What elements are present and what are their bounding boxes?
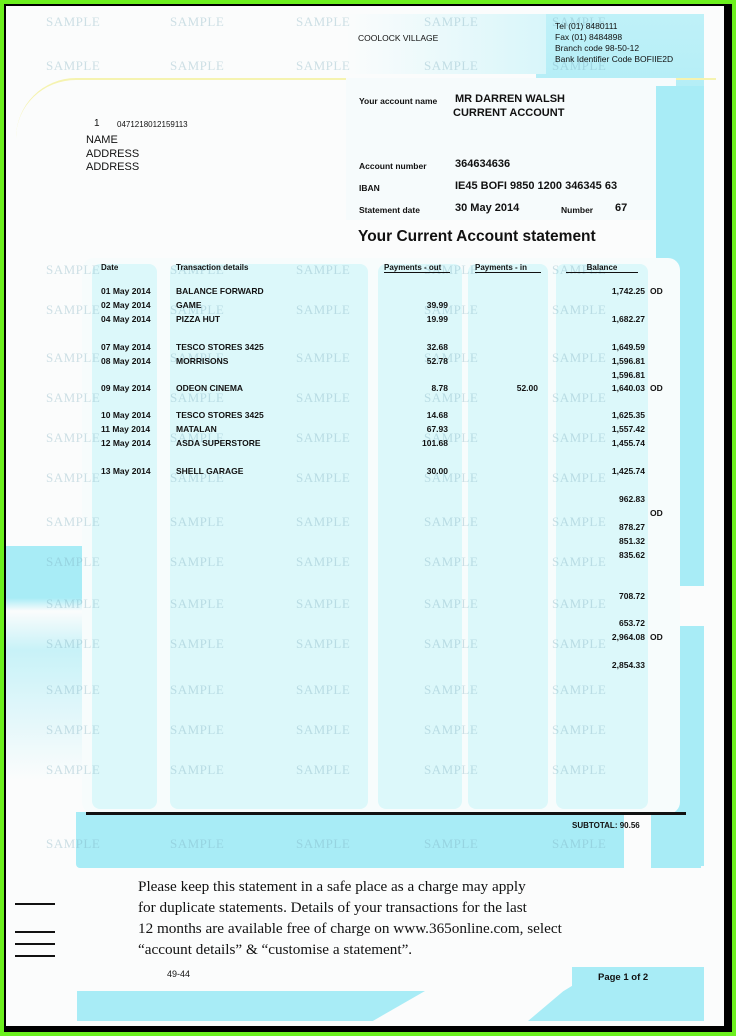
bottom-right-cyan: [651, 812, 701, 868]
sample-watermark: SAMPLE: [46, 14, 100, 30]
recipient-address-1: ADDRESS: [86, 148, 139, 162]
row-date: 11 May 2014: [101, 424, 150, 434]
row-details: TESCO STORES 3425: [176, 342, 264, 352]
header-details: Transaction details: [176, 263, 248, 272]
notice-line-3: 12 months are available free of charge o…: [138, 918, 562, 939]
subtotal: SUBTOTAL: 90.56: [572, 821, 640, 830]
row-balance: 878.27: [575, 522, 645, 532]
statement-number-label: Number: [561, 205, 593, 215]
row-payment-out: 52.78: [378, 356, 448, 366]
notice-line-4: “account details” & “customise a stateme…: [138, 939, 562, 960]
row-date: 07 May 2014: [101, 342, 151, 352]
notice-line-1: Please keep this statement in a safe pla…: [138, 876, 562, 897]
account-type-value: CURRENT ACCOUNT: [453, 107, 564, 119]
recipient-seq: 1: [94, 118, 100, 129]
page-indicator: Page 1 of 2: [598, 972, 648, 983]
statement-page: SAMPLESAMPLESAMPLESAMPLESAMPLESAMPLESAMP…: [6, 6, 724, 1026]
row-date: 12 May 2014: [101, 438, 151, 448]
statement-date-value: 30 May 2014: [455, 202, 519, 214]
row-date: 13 May 2014: [101, 466, 151, 476]
sample-watermark: SAMPLE: [296, 14, 350, 30]
row-date: 02 May 2014: [101, 300, 151, 310]
row-balance: 1,625.35: [575, 410, 645, 420]
row-od-flag: OD: [650, 383, 663, 393]
branch-tel: Tel (01) 8480111: [555, 21, 673, 32]
fold-mark: [15, 955, 55, 957]
row-balance: 1,455.74: [575, 438, 645, 448]
row-balance: 708.72: [575, 591, 645, 601]
sample-watermark: SAMPLE: [170, 58, 224, 74]
account-number-label: Account number: [359, 161, 427, 171]
sample-watermark: SAMPLE: [170, 14, 224, 30]
row-balance: 962.83: [575, 494, 645, 504]
footer-code: 49-44: [167, 969, 190, 979]
recipient-address: NAME ADDRESS ADDRESS: [86, 134, 139, 175]
row-od-flag: OD: [650, 508, 663, 518]
header-gradient: [346, 14, 546, 74]
fold-mark: [15, 931, 55, 933]
row-payment-out: 14.68: [378, 410, 448, 420]
branch-fax: Fax (01) 8484898: [555, 32, 673, 43]
sample-watermark: SAMPLE: [46, 58, 100, 74]
fold-mark: [15, 943, 55, 945]
row-balance: 1,425.74: [575, 466, 645, 476]
branch-code: Branch code 98-50-12: [555, 43, 673, 54]
recipient-ref: 0471218012159113: [117, 120, 188, 129]
row-date: 10 May 2014: [101, 410, 151, 420]
branch-contact: Tel (01) 8480111 Fax (01) 8484898 Branch…: [555, 21, 673, 65]
row-date: 09 May 2014: [101, 383, 151, 393]
recipient-address-2: ADDRESS: [86, 161, 139, 175]
footer-notice: Please keep this statement in a safe pla…: [138, 876, 562, 960]
row-details: MORRISONS: [176, 356, 228, 366]
account-name-label: Your account name: [359, 96, 437, 106]
row-date: 08 May 2014: [101, 356, 151, 366]
notice-line-2: for duplicate statements. Details of you…: [138, 897, 562, 918]
row-balance: 2,964.08: [575, 632, 645, 642]
statement-number-value: 67: [615, 202, 627, 214]
header-date: Date: [101, 263, 118, 272]
fold-mark: [15, 903, 55, 905]
statement-date-label: Statement date: [359, 205, 420, 215]
bottom-cyan-band: [76, 812, 624, 868]
row-payment-out: 39.99: [378, 300, 448, 310]
iban-label: IBAN: [359, 183, 380, 193]
row-balance: 653.72: [575, 618, 645, 628]
row-details: SHELL GARAGE: [176, 466, 243, 476]
header-balance: Balance: [566, 263, 638, 273]
row-payment-out: 19.99: [378, 314, 448, 324]
left-cyan-wave: [6, 546, 86, 806]
statement-title: Your Current Account statement: [358, 228, 596, 246]
header-payments-in: Payments - in: [475, 263, 541, 273]
row-balance: 1,682.27: [575, 314, 645, 324]
row-balance: 1,557.42: [575, 424, 645, 434]
row-od-flag: OD: [650, 632, 663, 642]
row-balance: 851.32: [575, 536, 645, 546]
row-balance: 1,596.81: [575, 370, 645, 380]
row-od-flag: OD: [650, 286, 663, 296]
row-date: 04 May 2014: [101, 314, 151, 324]
row-details: BALANCE FORWARD: [176, 286, 264, 296]
bottom-left-band: [77, 991, 425, 1021]
row-balance: 1,649.59: [575, 342, 645, 352]
iban-value: IE45 BOFI 9850 1200 346345 63: [455, 180, 617, 192]
row-balance: 2,854.33: [575, 660, 645, 670]
row-payment-out: 8.78: [378, 383, 448, 393]
branch-bic: Bank Identifier Code BOFIIE2D: [555, 54, 673, 65]
row-balance: 1,596.81: [575, 356, 645, 366]
row-details: TESCO STORES 3425: [176, 410, 264, 420]
row-payment-out: 32.68: [378, 342, 448, 352]
account-number-value: 364634636: [455, 158, 510, 170]
row-balance: 1,640.03: [575, 383, 645, 393]
subtotal-rule: [86, 812, 686, 815]
header-payments-out: Payments - out: [384, 263, 450, 273]
row-payment-in: 52.00: [468, 383, 538, 393]
row-payment-out: 101.68: [378, 438, 448, 448]
row-payment-out: 30.00: [378, 466, 448, 476]
row-balance: 1,742.25: [575, 286, 645, 296]
row-details: MATALAN: [176, 424, 217, 434]
col-in-bg: [468, 264, 548, 809]
row-date: 01 May 2014: [101, 286, 151, 296]
row-details: ODEON CINEMA: [176, 383, 243, 393]
account-name-value: MR DARREN WALSH: [455, 93, 565, 105]
row-balance: 835.62: [575, 550, 645, 560]
row-details: PIZZA HUT: [176, 314, 220, 324]
row-payment-out: 67.93: [378, 424, 448, 434]
branch-name: COOLOCK VILLAGE: [358, 33, 438, 43]
row-details: GAME: [176, 300, 202, 310]
recipient-name: NAME: [86, 134, 139, 148]
row-details: ASDA SUPERSTORE: [176, 438, 261, 448]
sample-watermark: SAMPLE: [296, 58, 350, 74]
